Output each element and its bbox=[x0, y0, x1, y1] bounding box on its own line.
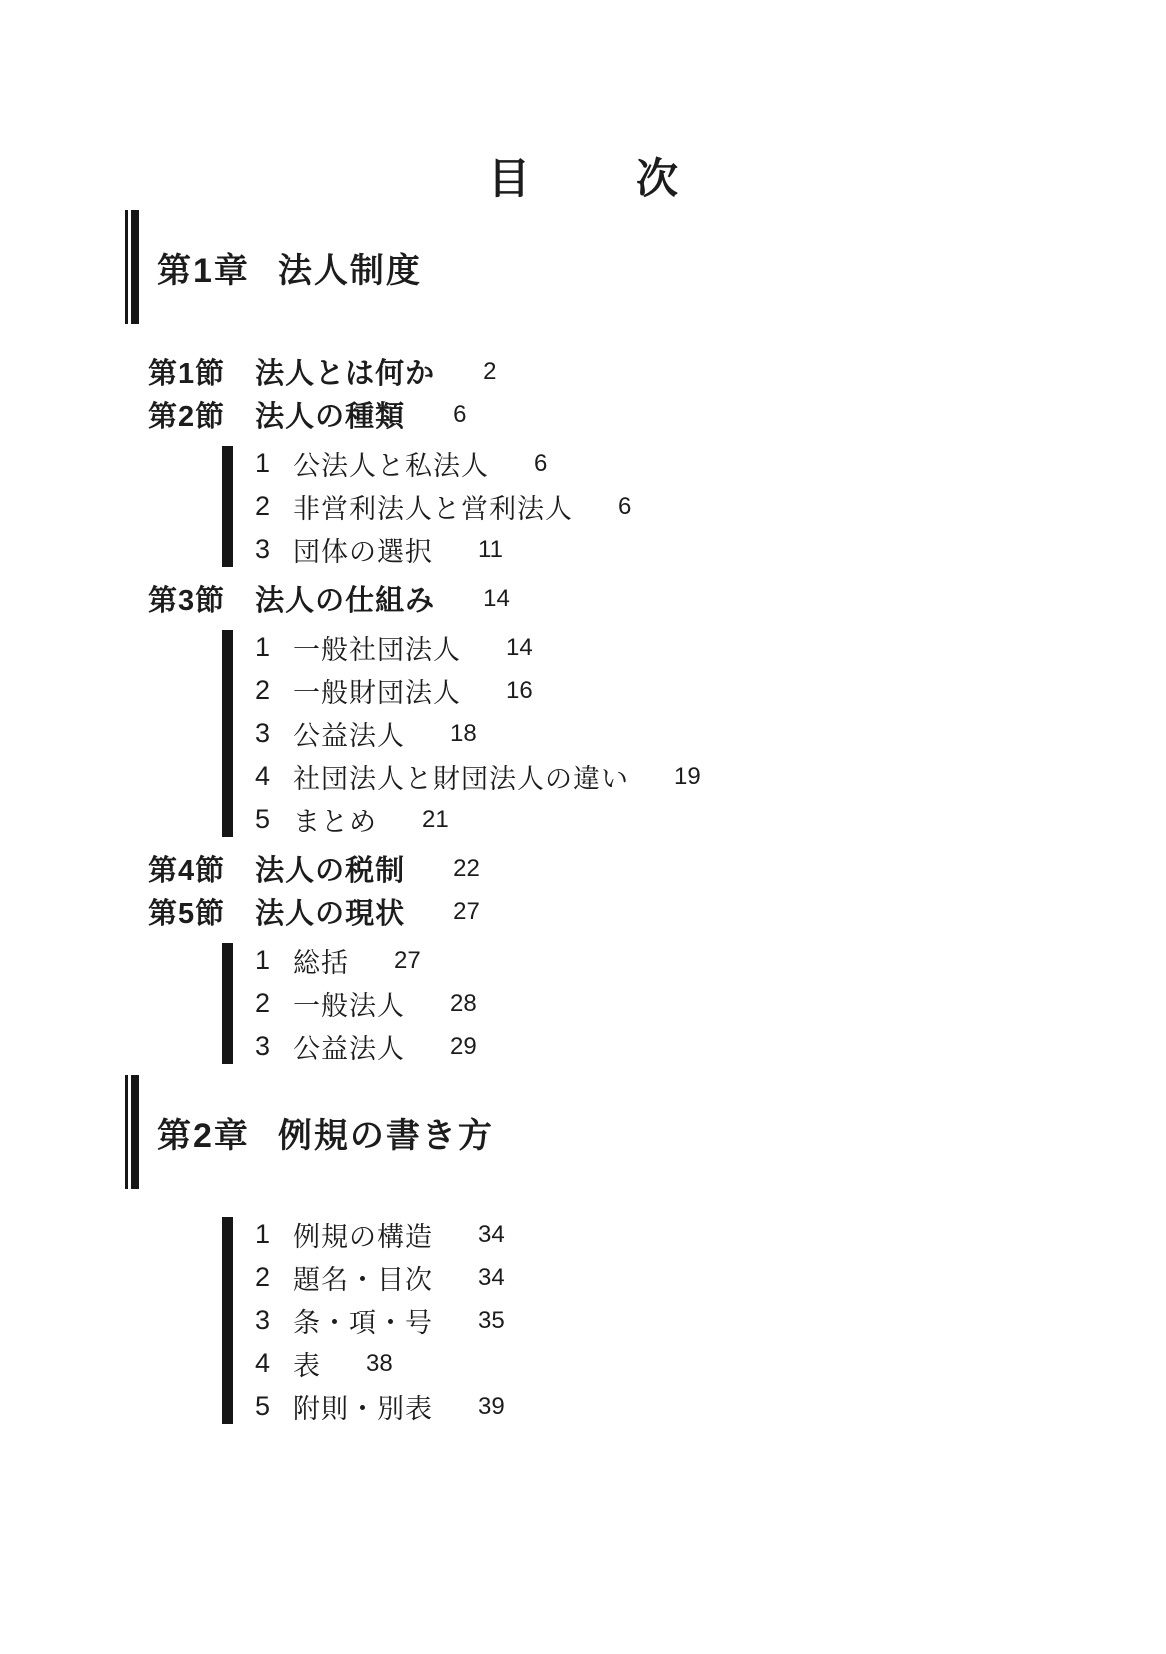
section-label: 第5節 bbox=[148, 891, 225, 932]
item-title: 例規の構造 bbox=[293, 1215, 433, 1254]
item-number: 2 bbox=[255, 1262, 293, 1293]
toc-item-group: 1 例規の構造 34 2 題名・目次 34 3 条・項・号 35 4 表 38 … bbox=[125, 1213, 1106, 1428]
chapter-double-rule bbox=[125, 1075, 139, 1189]
chapter-1-section-list: 第1節 法人とは何か 2 第2節 法人の種類 6 1 公法人と私法人 6 2 非… bbox=[125, 350, 1106, 1068]
toc-section-row: 第1節 法人とは何か 2 bbox=[148, 350, 1106, 393]
toc-section-row: 第3節 法人の仕組み 14 bbox=[148, 577, 1106, 620]
toc-content: 第1章 法人制度 第1節 法人とは何か 2 第2節 法人の種類 6 1 公法人と… bbox=[0, 210, 1166, 1428]
section-page-number: 27 bbox=[453, 898, 480, 926]
item-group-rule bbox=[222, 446, 233, 567]
toc-item-row: 2 一般法人 28 bbox=[255, 982, 1106, 1025]
item-page-number: 29 bbox=[450, 1033, 477, 1061]
item-page-number: 14 bbox=[506, 634, 533, 662]
chapter-double-rule bbox=[125, 210, 139, 324]
toc-item-row: 1 一般社団法人 14 bbox=[255, 626, 1106, 669]
item-number: 1 bbox=[255, 1219, 293, 1250]
item-title: 題名・目次 bbox=[293, 1258, 433, 1297]
toc-item-row: 4 表 38 bbox=[255, 1342, 1106, 1385]
item-page-number: 28 bbox=[450, 990, 477, 1018]
item-group-rule bbox=[222, 1217, 233, 1424]
chapter-2-header: 第2章 例規の書き方 bbox=[125, 1075, 1106, 1189]
item-title: 表 bbox=[293, 1344, 321, 1383]
chapter-1-header: 第1章 法人制度 bbox=[125, 210, 1106, 324]
item-title: 一般社団法人 bbox=[293, 628, 461, 667]
item-title: 総括 bbox=[293, 941, 349, 980]
section-label: 第3節 bbox=[148, 578, 225, 619]
toc-item-row: 2 非営利法人と営利法人 6 bbox=[255, 485, 1106, 528]
toc-item-row: 1 例規の構造 34 bbox=[255, 1213, 1106, 1256]
item-number: 5 bbox=[255, 804, 293, 835]
item-page-number: 39 bbox=[478, 1393, 505, 1421]
item-number: 3 bbox=[255, 1031, 293, 1062]
toc-item-group: 1 公法人と私法人 6 2 非営利法人と営利法人 6 3 団体の選択 11 bbox=[125, 442, 1106, 571]
item-title: 非営利法人と営利法人 bbox=[293, 487, 573, 526]
chapter-label: 第2章 bbox=[157, 1108, 250, 1157]
item-number: 2 bbox=[255, 491, 293, 522]
toc-item-row: 2 題名・目次 34 bbox=[255, 1256, 1106, 1299]
section-title: 法人とは何か bbox=[255, 351, 435, 392]
item-title: 公益法人 bbox=[293, 1027, 405, 1066]
item-number: 1 bbox=[255, 945, 293, 976]
item-title: 一般法人 bbox=[293, 984, 405, 1023]
item-number: 4 bbox=[255, 761, 293, 792]
item-number: 4 bbox=[255, 1348, 293, 1379]
toc-page: 目 次 第1章 法人制度 第1節 法人とは何か 2 第2節 法人の種類 6 1 bbox=[0, 0, 1166, 1654]
item-page-number: 34 bbox=[478, 1221, 505, 1249]
toc-item-row: 5 附則・別表 39 bbox=[255, 1385, 1106, 1428]
item-group-rule bbox=[222, 943, 233, 1064]
item-page-number: 34 bbox=[478, 1264, 505, 1292]
toc-item-row: 1 公法人と私法人 6 bbox=[255, 442, 1106, 485]
item-number: 2 bbox=[255, 675, 293, 706]
toc-item-group: 1 総括 27 2 一般法人 28 3 公益法人 29 bbox=[125, 939, 1106, 1068]
section-title: 法人の税制 bbox=[255, 848, 405, 889]
toc-item-row: 1 総括 27 bbox=[255, 939, 1106, 982]
section-page-number: 22 bbox=[453, 855, 480, 883]
item-page-number: 19 bbox=[674, 763, 701, 791]
item-number: 1 bbox=[255, 632, 293, 663]
section-title: 法人の種類 bbox=[255, 394, 405, 435]
item-number: 3 bbox=[255, 718, 293, 749]
item-number: 3 bbox=[255, 534, 293, 565]
section-page-number: 14 bbox=[483, 585, 510, 613]
item-title: 社団法人と財団法人の違い bbox=[293, 757, 629, 796]
item-number: 1 bbox=[255, 448, 293, 479]
item-page-number: 11 bbox=[478, 536, 503, 564]
item-title: 附則・別表 bbox=[293, 1387, 433, 1426]
toc-section-row: 第5節 法人の現状 27 bbox=[148, 890, 1106, 933]
chapter-title: 法人制度 bbox=[278, 243, 422, 292]
item-page-number: 38 bbox=[366, 1350, 393, 1378]
section-label: 第2節 bbox=[148, 394, 225, 435]
item-group-rule bbox=[222, 630, 233, 837]
toc-item-row: 3 団体の選択 11 bbox=[255, 528, 1106, 571]
item-page-number: 6 bbox=[534, 450, 547, 478]
item-title: 条・項・号 bbox=[293, 1301, 433, 1340]
item-page-number: 18 bbox=[450, 720, 477, 748]
item-page-number: 6 bbox=[618, 493, 631, 521]
toc-item-row: 3 公益法人 29 bbox=[255, 1025, 1106, 1068]
chapter-title: 例規の書き方 bbox=[278, 1108, 494, 1157]
section-label: 第1節 bbox=[148, 351, 225, 392]
item-title: まとめ bbox=[293, 800, 377, 839]
item-title: 一般財団法人 bbox=[293, 671, 461, 710]
item-number: 5 bbox=[255, 1391, 293, 1422]
toc-item-group: 1 一般社団法人 14 2 一般財団法人 16 3 公益法人 18 4 社団法人… bbox=[125, 626, 1106, 841]
item-page-number: 21 bbox=[422, 806, 449, 834]
item-page-number: 35 bbox=[478, 1307, 505, 1335]
item-title: 団体の選択 bbox=[293, 530, 433, 569]
section-title: 法人の仕組み bbox=[255, 578, 435, 619]
item-page-number: 27 bbox=[394, 947, 421, 975]
page-title: 目 次 bbox=[0, 0, 1166, 200]
toc-section-row: 第4節 法人の税制 22 bbox=[148, 847, 1106, 890]
toc-item-row: 5 まとめ 21 bbox=[255, 798, 1106, 841]
section-title: 法人の現状 bbox=[255, 891, 405, 932]
section-page-number: 6 bbox=[453, 401, 466, 429]
toc-item-row: 3 公益法人 18 bbox=[255, 712, 1106, 755]
item-number: 2 bbox=[255, 988, 293, 1019]
toc-item-row: 2 一般財団法人 16 bbox=[255, 669, 1106, 712]
section-label: 第4節 bbox=[148, 848, 225, 889]
toc-item-row: 3 条・項・号 35 bbox=[255, 1299, 1106, 1342]
item-title: 公法人と私法人 bbox=[293, 444, 489, 483]
item-title: 公益法人 bbox=[293, 714, 405, 753]
item-number: 3 bbox=[255, 1305, 293, 1336]
section-page-number: 2 bbox=[483, 358, 496, 386]
item-page-number: 16 bbox=[506, 677, 533, 705]
toc-section-row: 第2節 法人の種類 6 bbox=[148, 393, 1106, 436]
chapter-label: 第1章 bbox=[157, 243, 250, 292]
toc-item-row: 4 社団法人と財団法人の違い 19 bbox=[255, 755, 1106, 798]
